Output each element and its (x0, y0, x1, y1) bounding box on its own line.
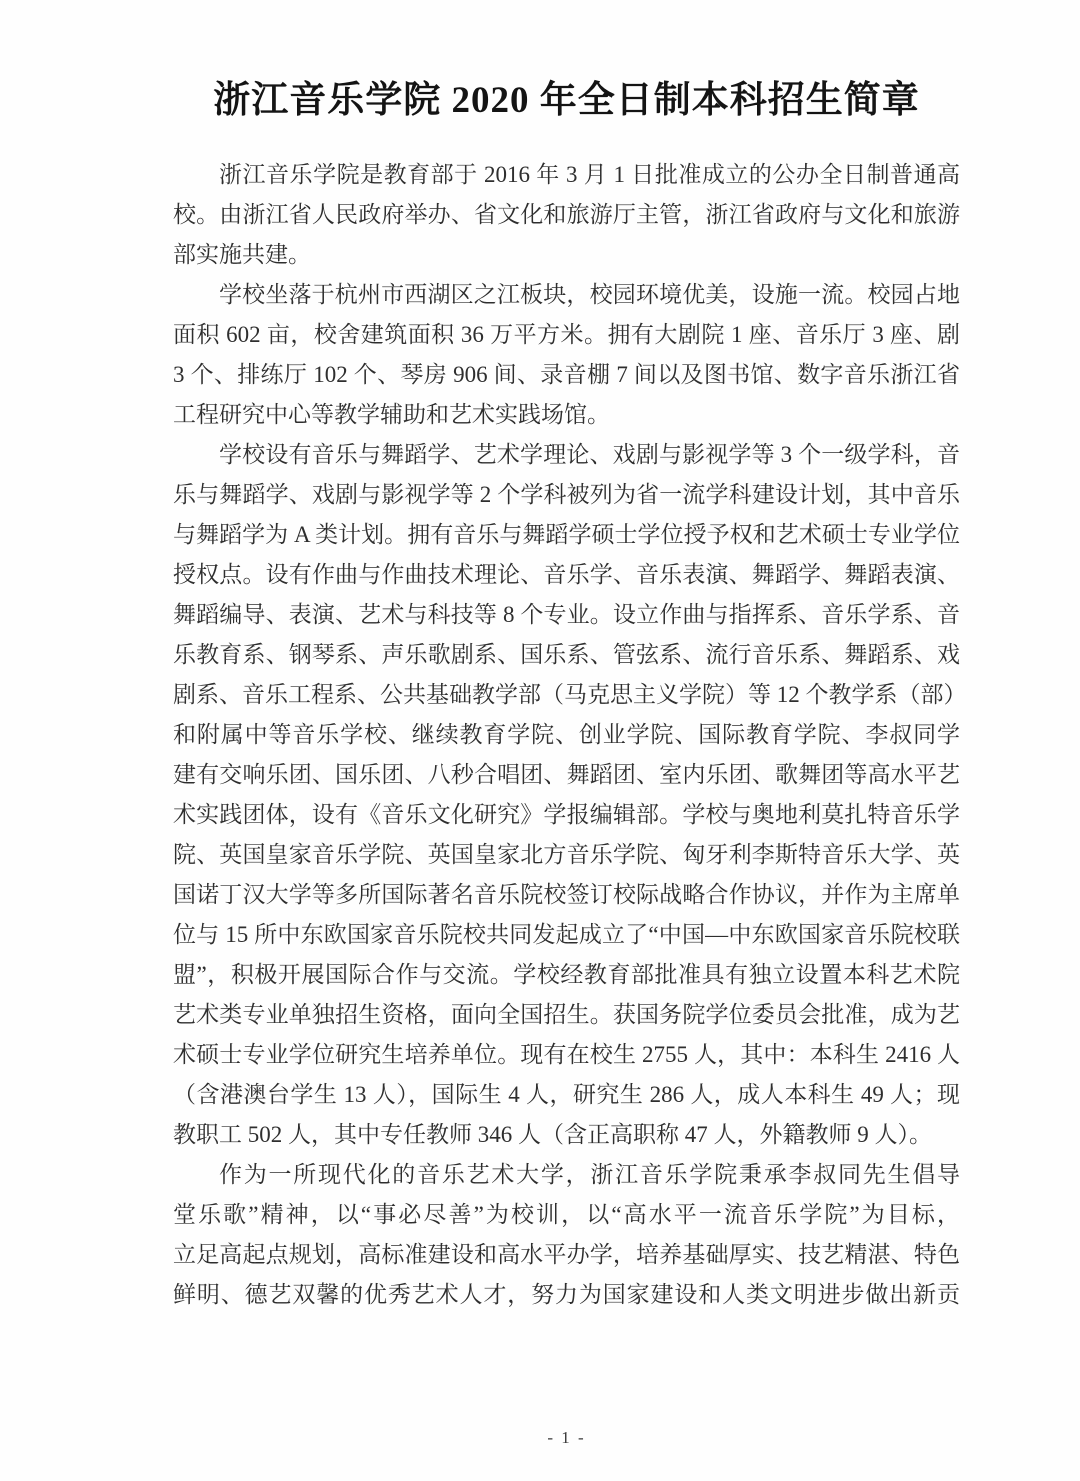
text-line: 学校坐落于杭州市西湖区之江板块，校园环境优美，设施一流。校园占地 (173, 275, 960, 315)
text-line: 工程研究中心等教学辅助和艺术实践场馆。 (173, 395, 960, 435)
text-line: 乐与舞蹈学、戏剧与影视学等 2 个学科被列为省一流学科建设计划，其中音乐 (173, 475, 960, 515)
text-line: 国诺丁汉大学等多所国际著名音乐院校签订校际战略合作协议，并作为主席单 (173, 875, 960, 915)
text-line: 学校设有音乐与舞蹈学、艺术学理论、戏剧与影视学等 3 个一级学科，音 (173, 435, 960, 475)
text-line: （含港澳台学生 13 人），国际生 4 人，研究生 286 人，成人本科生 49… (173, 1075, 960, 1115)
text-line: 鲜明、德艺双馨的优秀艺术人才，努力为国家建设和人类文明进步做出新贡献。 (173, 1275, 960, 1315)
text-line: 堂乐歌”精神，以“事必尽善”为校训，以“高水平一流音乐学院”为目标， (173, 1195, 960, 1235)
document-page: 浙江音乐学院 2020 年全日制本科招生简章 浙江音乐学院是教育部于 2016 … (0, 0, 1080, 1481)
text-line: 校。由浙江省人民政府举办、省文化和旅游厅主管，浙江省政府与文化和旅游 (173, 195, 960, 235)
text-line: 艺术类专业单独招生资格，面向全国招生。获国务院学位委员会批准，成为艺 (173, 995, 960, 1035)
text-line: 面积 602 亩，校舍建筑面积 36 万平方米。拥有大剧院 1 座、音乐厅 3 … (173, 315, 960, 355)
text-line: 术硕士专业学位研究生培养单位。现有在校生 2755 人，其中：本科生 2416 … (173, 1035, 960, 1075)
text-line: 浙江音乐学院是教育部于 2016 年 3 月 1 日批准成立的公办全日制普通高 (173, 155, 960, 195)
text-line: 位与 15 所中东欧国家音乐院校共同发起成立了“中国—中东欧国家音乐院校联 (173, 915, 960, 955)
text-line: 授权点。设有作曲与作曲技术理论、音乐学、音乐表演、舞蹈学、舞蹈表演、 (173, 555, 960, 595)
text-line: 和附属中等音乐学校、继续教育学院、创业学院、国际教育学院、李叔同学院。 (173, 715, 960, 755)
page-number: - 1 - (173, 1428, 960, 1448)
text-line: 3 个、排练厅 102 个、琴房 906 间、录音棚 7 间以及图书馆、数字音乐… (173, 355, 960, 395)
text-line: 立足高起点规划，高标准建设和高水平办学，培养基础厚实、技艺精湛、特色 (173, 1235, 960, 1275)
text-line: 剧系、音乐工程系、公共基础教学部（马克思主义学院）等 12 个教学系（部） (173, 675, 960, 715)
text-line: 教职工 502 人，其中专任教师 346 人（含正高职称 47 人，外籍教师 9… (173, 1115, 960, 1155)
document-body: 浙江音乐学院是教育部于 2016 年 3 月 1 日批准成立的公办全日制普通高校… (173, 155, 960, 1315)
text-line: 乐教育系、钢琴系、声乐歌剧系、国乐系、管弦系、流行音乐系、舞蹈系、戏 (173, 635, 960, 675)
text-line: 术实践团体，设有《音乐文化研究》学报编辑部。学校与奥地利莫扎特音乐学 (173, 795, 960, 835)
text-line: 盟”，积极开展国际合作与交流。学校经教育部批准具有独立设置本科艺术院校 (173, 955, 960, 995)
text-line: 与舞蹈学为 A 类计划。拥有音乐与舞蹈学硕士学位授予权和艺术硕士专业学位 (173, 515, 960, 555)
text-line: 院、英国皇家音乐学院、英国皇家北方音乐学院、匈牙利李斯特音乐大学、英 (173, 835, 960, 875)
text-line: 作为一所现代化的音乐艺术大学，浙江音乐学院秉承李叔同先生倡导的“学 (173, 1155, 960, 1195)
text-line: 建有交响乐团、国乐团、八秒合唱团、舞蹈团、室内乐团、歌舞团等高水平艺 (173, 755, 960, 795)
text-line: 部实施共建。 (173, 235, 960, 275)
document-title: 浙江音乐学院 2020 年全日制本科招生简章 (173, 76, 960, 126)
text-line: 舞蹈编导、表演、艺术与科技等 8 个专业。设立作曲与指挥系、音乐学系、音 (173, 595, 960, 635)
